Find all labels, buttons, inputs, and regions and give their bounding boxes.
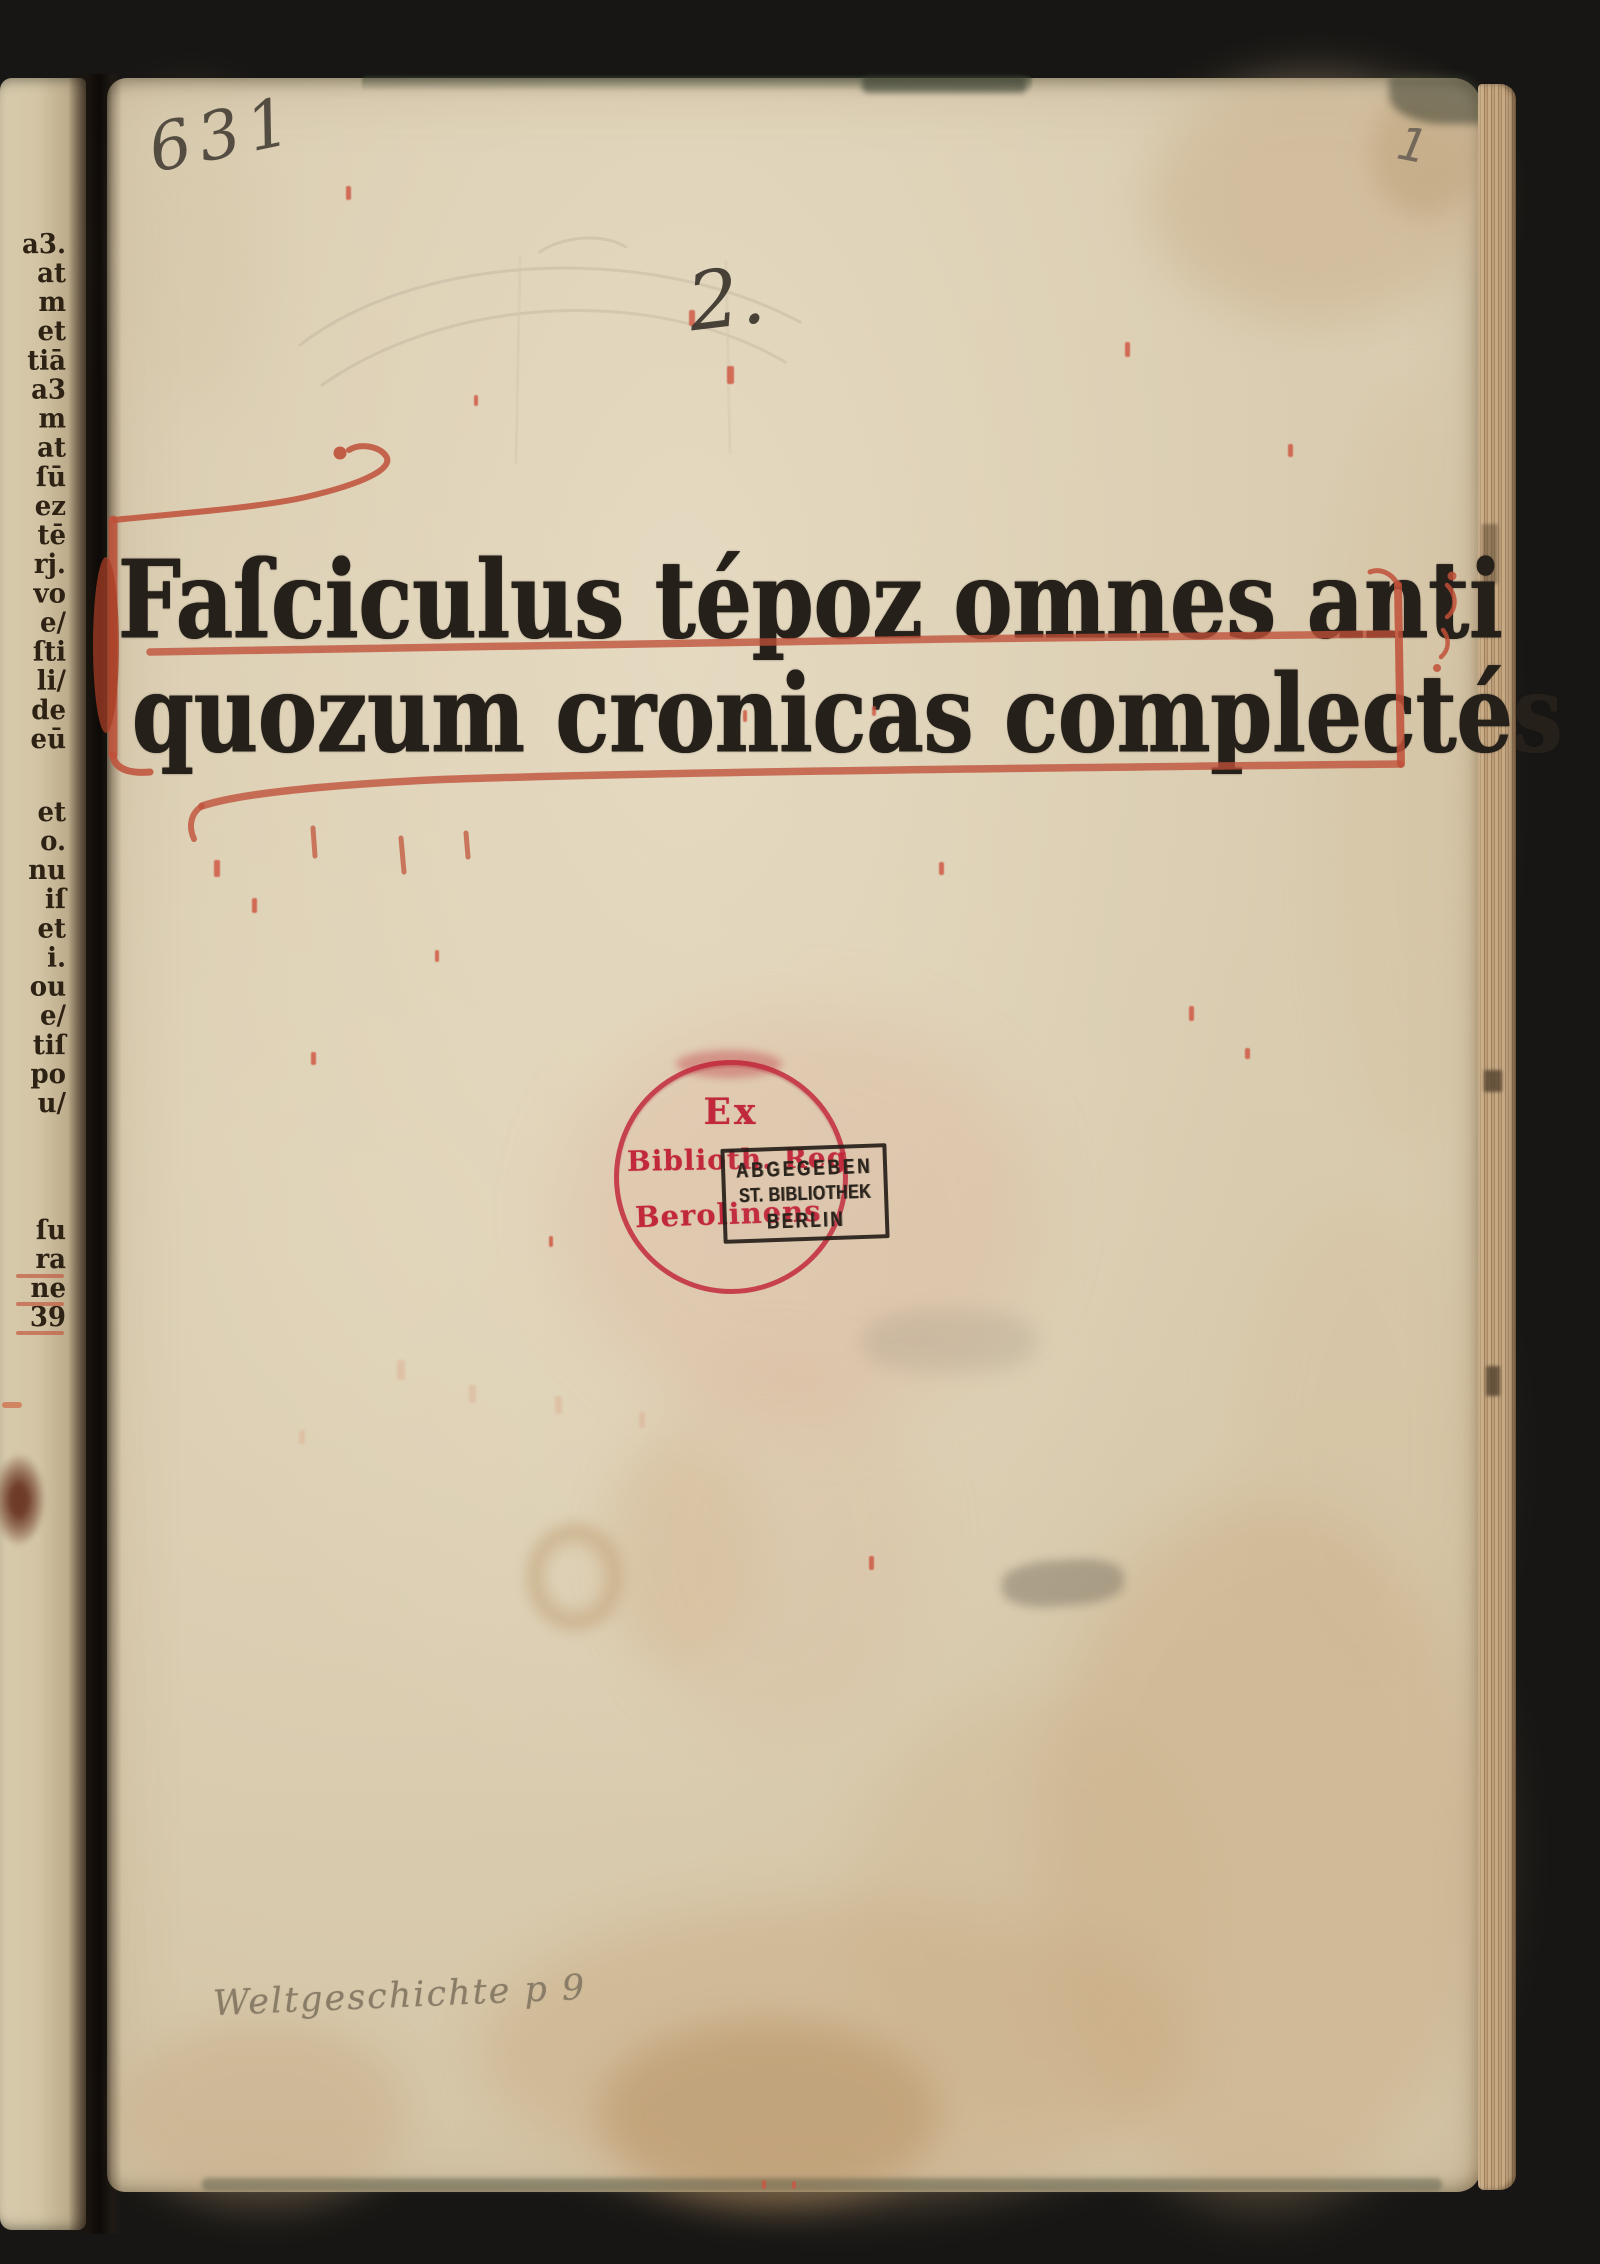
graphite-smudge [1001, 1556, 1126, 1610]
stain [1147, 78, 1483, 322]
round-stamp-line-1: Ex [619, 1091, 843, 1133]
fragment-line: ez [22, 492, 66, 521]
fore-edge-mark [1486, 1366, 1500, 1396]
red-ink-speck [1245, 1048, 1250, 1059]
red-ink-mark [2, 1402, 22, 1408]
red-offset-trace [397, 1360, 405, 1380]
fragment-line: at [22, 434, 66, 463]
fragment-line: o. [28, 827, 66, 856]
fragment-line: a3 [22, 376, 66, 405]
fragment-line: rj. [22, 550, 66, 579]
fragment-line: ſu [30, 1216, 66, 1245]
stain [849, 1700, 1219, 2130]
page-edge-discoloration [362, 76, 1032, 91]
photograph-of-incunabulum: { "artifact": { "shelf_number": "631", "… [0, 0, 1600, 2264]
red-underline [16, 1302, 64, 1306]
facing-page-text-fragments-block2: eto.nuiſeti.oue/tiſpou/ [28, 798, 66, 1118]
fragment-line: e/ [22, 609, 66, 638]
red-ink-speck [872, 706, 876, 716]
fragment-line: de [22, 696, 66, 725]
fragment-line: eū [22, 725, 66, 754]
fragment-line: tiſ [28, 1031, 66, 1060]
fore-edge-page-stack [1478, 84, 1516, 2190]
red-offset-trace [555, 1396, 562, 1414]
fragment-line: tiā [22, 346, 66, 375]
red-ink-speck [792, 2181, 796, 2189]
quire-mark-annotation: 2. [683, 248, 770, 350]
box-stamp-line-3: BERLIN [766, 1203, 845, 1238]
red-ink-speck [762, 2180, 766, 2189]
red-ink-speck [727, 366, 734, 384]
stain [599, 2020, 939, 2205]
red-underline [16, 1331, 64, 1335]
fragment-line: iſ [28, 885, 66, 914]
red-ink-speck [1288, 444, 1293, 457]
page-edge-discoloration [202, 2178, 1442, 2191]
fragment-line: a3. [22, 230, 66, 259]
stain [1039, 1500, 1489, 2200]
stain [1239, 1200, 1484, 1710]
fragment-line: ra [30, 1245, 66, 1274]
fragment-line: po [28, 1060, 66, 1089]
red-ink-speck [252, 898, 257, 913]
fragment-line: ne [30, 1274, 66, 1303]
red-ink-speck [311, 1052, 316, 1065]
box-library-stamp: ABGEGEBEN ST. BIBLIOTHEK BERLIN [720, 1143, 889, 1244]
red-offset-trace [639, 1412, 645, 1428]
fragment-line: vo [22, 579, 66, 608]
red-ink-speck [1189, 1006, 1194, 1021]
fragment-line: li/ [22, 667, 66, 696]
fragment-line: nu [28, 856, 66, 885]
fore-edge-mark [1484, 1070, 1502, 1092]
red-ink-speck [1125, 342, 1130, 357]
fragment-line: et [28, 914, 66, 943]
printed-title-line-1: Faſciculus tépoz omnes anti [118, 538, 1503, 663]
stain [479, 1900, 1189, 2200]
fragment-line: tē [22, 521, 66, 550]
red-ink-speck [869, 1556, 874, 1570]
stain [619, 1350, 929, 1740]
fragment-line: ſū [22, 463, 66, 492]
ink-stain-blob [0, 1453, 46, 1547]
graphite-smudge [862, 1310, 1037, 1372]
red-ink-speck [743, 710, 747, 722]
fragment-line: ſti [22, 638, 66, 667]
fragment-line: e/ [28, 1002, 66, 1031]
fragment-line: 39 [30, 1303, 66, 1332]
red-offset-trace [469, 1385, 476, 1403]
facing-page-edge: a3.atmettiāa3matſūeztērj.voe/ſtili/deeū … [0, 78, 86, 2230]
red-offset-trace [299, 1430, 305, 1444]
stain [599, 1440, 764, 1665]
facing-page-text-fragments-block1: a3.atmettiāa3matſūeztērj.voe/ſtili/deeū [22, 230, 66, 754]
page-edge-discoloration [862, 76, 1027, 93]
stain [119, 2020, 409, 2205]
red-ink-speck [435, 950, 439, 962]
fragment-line: u/ [28, 1089, 66, 1118]
red-ink-speck [346, 186, 351, 200]
fragment-line: m [22, 288, 66, 317]
fragment-line: at [22, 259, 66, 288]
printed-title-line-2: quozum cronicas complectés [132, 652, 1563, 777]
red-ink-speck [549, 1236, 553, 1247]
red-underline [16, 1274, 64, 1278]
fragment-line: et [28, 798, 66, 827]
fragment-line: ou [28, 973, 66, 1002]
fragment-line: m [22, 405, 66, 434]
red-ink-speck [214, 860, 220, 877]
fragment-line: i. [28, 944, 66, 973]
fragment-line: et [22, 317, 66, 346]
red-ink-speck [474, 395, 478, 406]
red-ink-speck [939, 862, 944, 875]
stain [519, 1515, 631, 1639]
